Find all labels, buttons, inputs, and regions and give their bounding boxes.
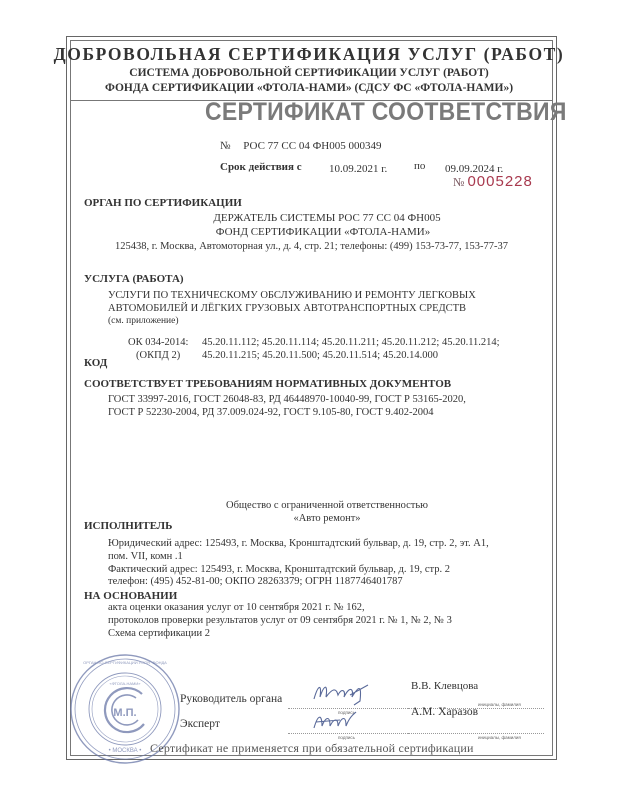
executor-contacts: телефон: (495) 452-81-00; ОКПО 28263379;… — [108, 576, 403, 587]
executor-org-line1: Общество с ограниченной ответственностью — [0, 500, 618, 511]
expert-signature-icon — [310, 708, 360, 734]
expert-label: Эксперт — [180, 718, 220, 730]
classifier-sub: (ОКПД 2) — [136, 350, 180, 361]
svg-text:«ФТОЛА-НАМИ»: «ФТОЛА-НАМИ» — [110, 681, 142, 686]
blank-number: №0005228 — [453, 173, 533, 190]
certification-body-line1: ДЕРЖАТЕЛЬ СИСТЕМЫ РОС 77 СС 04 ФН005 — [0, 212, 618, 224]
basis-line1: акта оценки оказания услуг от 10 сентябр… — [108, 602, 365, 613]
expert-name-caption: инициалы, фамилия — [478, 735, 521, 740]
certification-body-label: ОРГАН ПО СЕРТИФИКАЦИИ — [84, 197, 242, 209]
service-label: УСЛУГА (РАБОТА) — [84, 273, 184, 285]
compliance-line2: ГОСТ Р 52230-2004, РД 37.009.024-92, ГОС… — [108, 407, 433, 418]
service-line2: АВТОМОБИЛЕЙ И ЛЁГКИХ ГРУЗОВЫХ АВТОТРАНСП… — [108, 303, 466, 314]
service-line1: УСЛУГИ ПО ТЕХНИЧЕСКОМУ ОБСЛУЖИВАНИЮ И РЕ… — [108, 290, 476, 301]
certification-body-line2: ФОНД СЕРТИФИКАЦИИ «ФТОЛА-НАМИ» — [0, 226, 618, 238]
head-signature-icon — [310, 675, 370, 707]
head-label: Руководитель органа — [180, 693, 282, 705]
cert-number-row: № РОС 77 СС 04 ФН005 000349 — [220, 140, 381, 152]
codes-line2: 45.20.11.215; 45.20.11.500; 45.20.11.514… — [202, 350, 438, 361]
compliance-line1: ГОСТ 33997-2016, ГОСТ 26048-83, РД 46448… — [108, 394, 466, 405]
to-label: по — [414, 160, 425, 172]
executor-label: ИСПОЛНИТЕЛЬ — [84, 520, 172, 532]
expert-signature-caption: подпись — [338, 735, 355, 740]
basis-line2: протоколов проверки результатов услуг от… — [108, 615, 452, 626]
compliance-label: СООТВЕТСТВУЕТ ТРЕБОВАНИЯМ НОРМАТИВНЫХ ДО… — [84, 378, 451, 390]
svg-text:• МОСКВА •: • МОСКВА • — [109, 748, 142, 754]
basis-line3: Схема сертификации 2 — [108, 628, 210, 639]
basis-label: НА ОСНОВАНИИ — [84, 590, 177, 602]
header-line3: ФОНДА СЕРТИФИКАЦИИ «ФТОЛА-НАМИ» (СДСУ ФС… — [0, 82, 618, 94]
code-label: КОД — [84, 357, 107, 369]
number-sign: № — [220, 140, 231, 152]
validity-label: Срок действия с — [220, 161, 302, 173]
cert-number: РОС 77 СС 04 ФН005 000349 — [243, 140, 381, 152]
classifier-code: ОК 034-2014: — [128, 337, 188, 348]
legal-address-line2: пом. VII, комн .1 — [108, 551, 183, 562]
expert-name-line — [408, 733, 544, 734]
header-line1: ДОБРОВОЛЬНАЯ СЕРТИФИКАЦИЯ УСЛУГ (РАБОТ) — [0, 44, 618, 65]
blank-number-value: 0005228 — [467, 173, 532, 190]
footer-note: Сертификат не применяется при обязательн… — [150, 741, 474, 756]
svg-text:М.П.: М.П. — [113, 707, 136, 719]
service-note: (см. приложение) — [108, 316, 179, 326]
header-line2: СИСТЕМА ДОБРОВОЛЬНОЙ СЕРТИФИКАЦИИ УСЛУГ … — [0, 67, 618, 79]
valid-from: 10.09.2021 г. — [329, 163, 387, 175]
legal-address-line1: Юридический адрес: 125493, г. Москва, Кр… — [108, 538, 489, 549]
document-title: СЕРТИФИКАТ СООТВЕТСТВИЯ — [205, 98, 567, 127]
certification-body-address: 125438, г. Москва, Автомоторная ул., д. … — [115, 241, 508, 252]
head-name-caption: инициалы, фамилия — [478, 702, 521, 707]
codes-line1: 45.20.11.112; 45.20.11.114; 45.20.11.211… — [202, 337, 500, 348]
svg-text:ОРГАН ПО СЕРТИФИКАЦИИ УСЛУГ ФО: ОРГАН ПО СЕРТИФИКАЦИИ УСЛУГ ФОНДА — [83, 660, 167, 665]
actual-address: Фактический адрес: 125493, г. Москва, Кр… — [108, 564, 450, 575]
blank-number-sign: № — [453, 175, 464, 189]
head-name: В.В. Клевцова — [411, 680, 478, 692]
expert-name: А.М. Харазов — [411, 706, 478, 718]
